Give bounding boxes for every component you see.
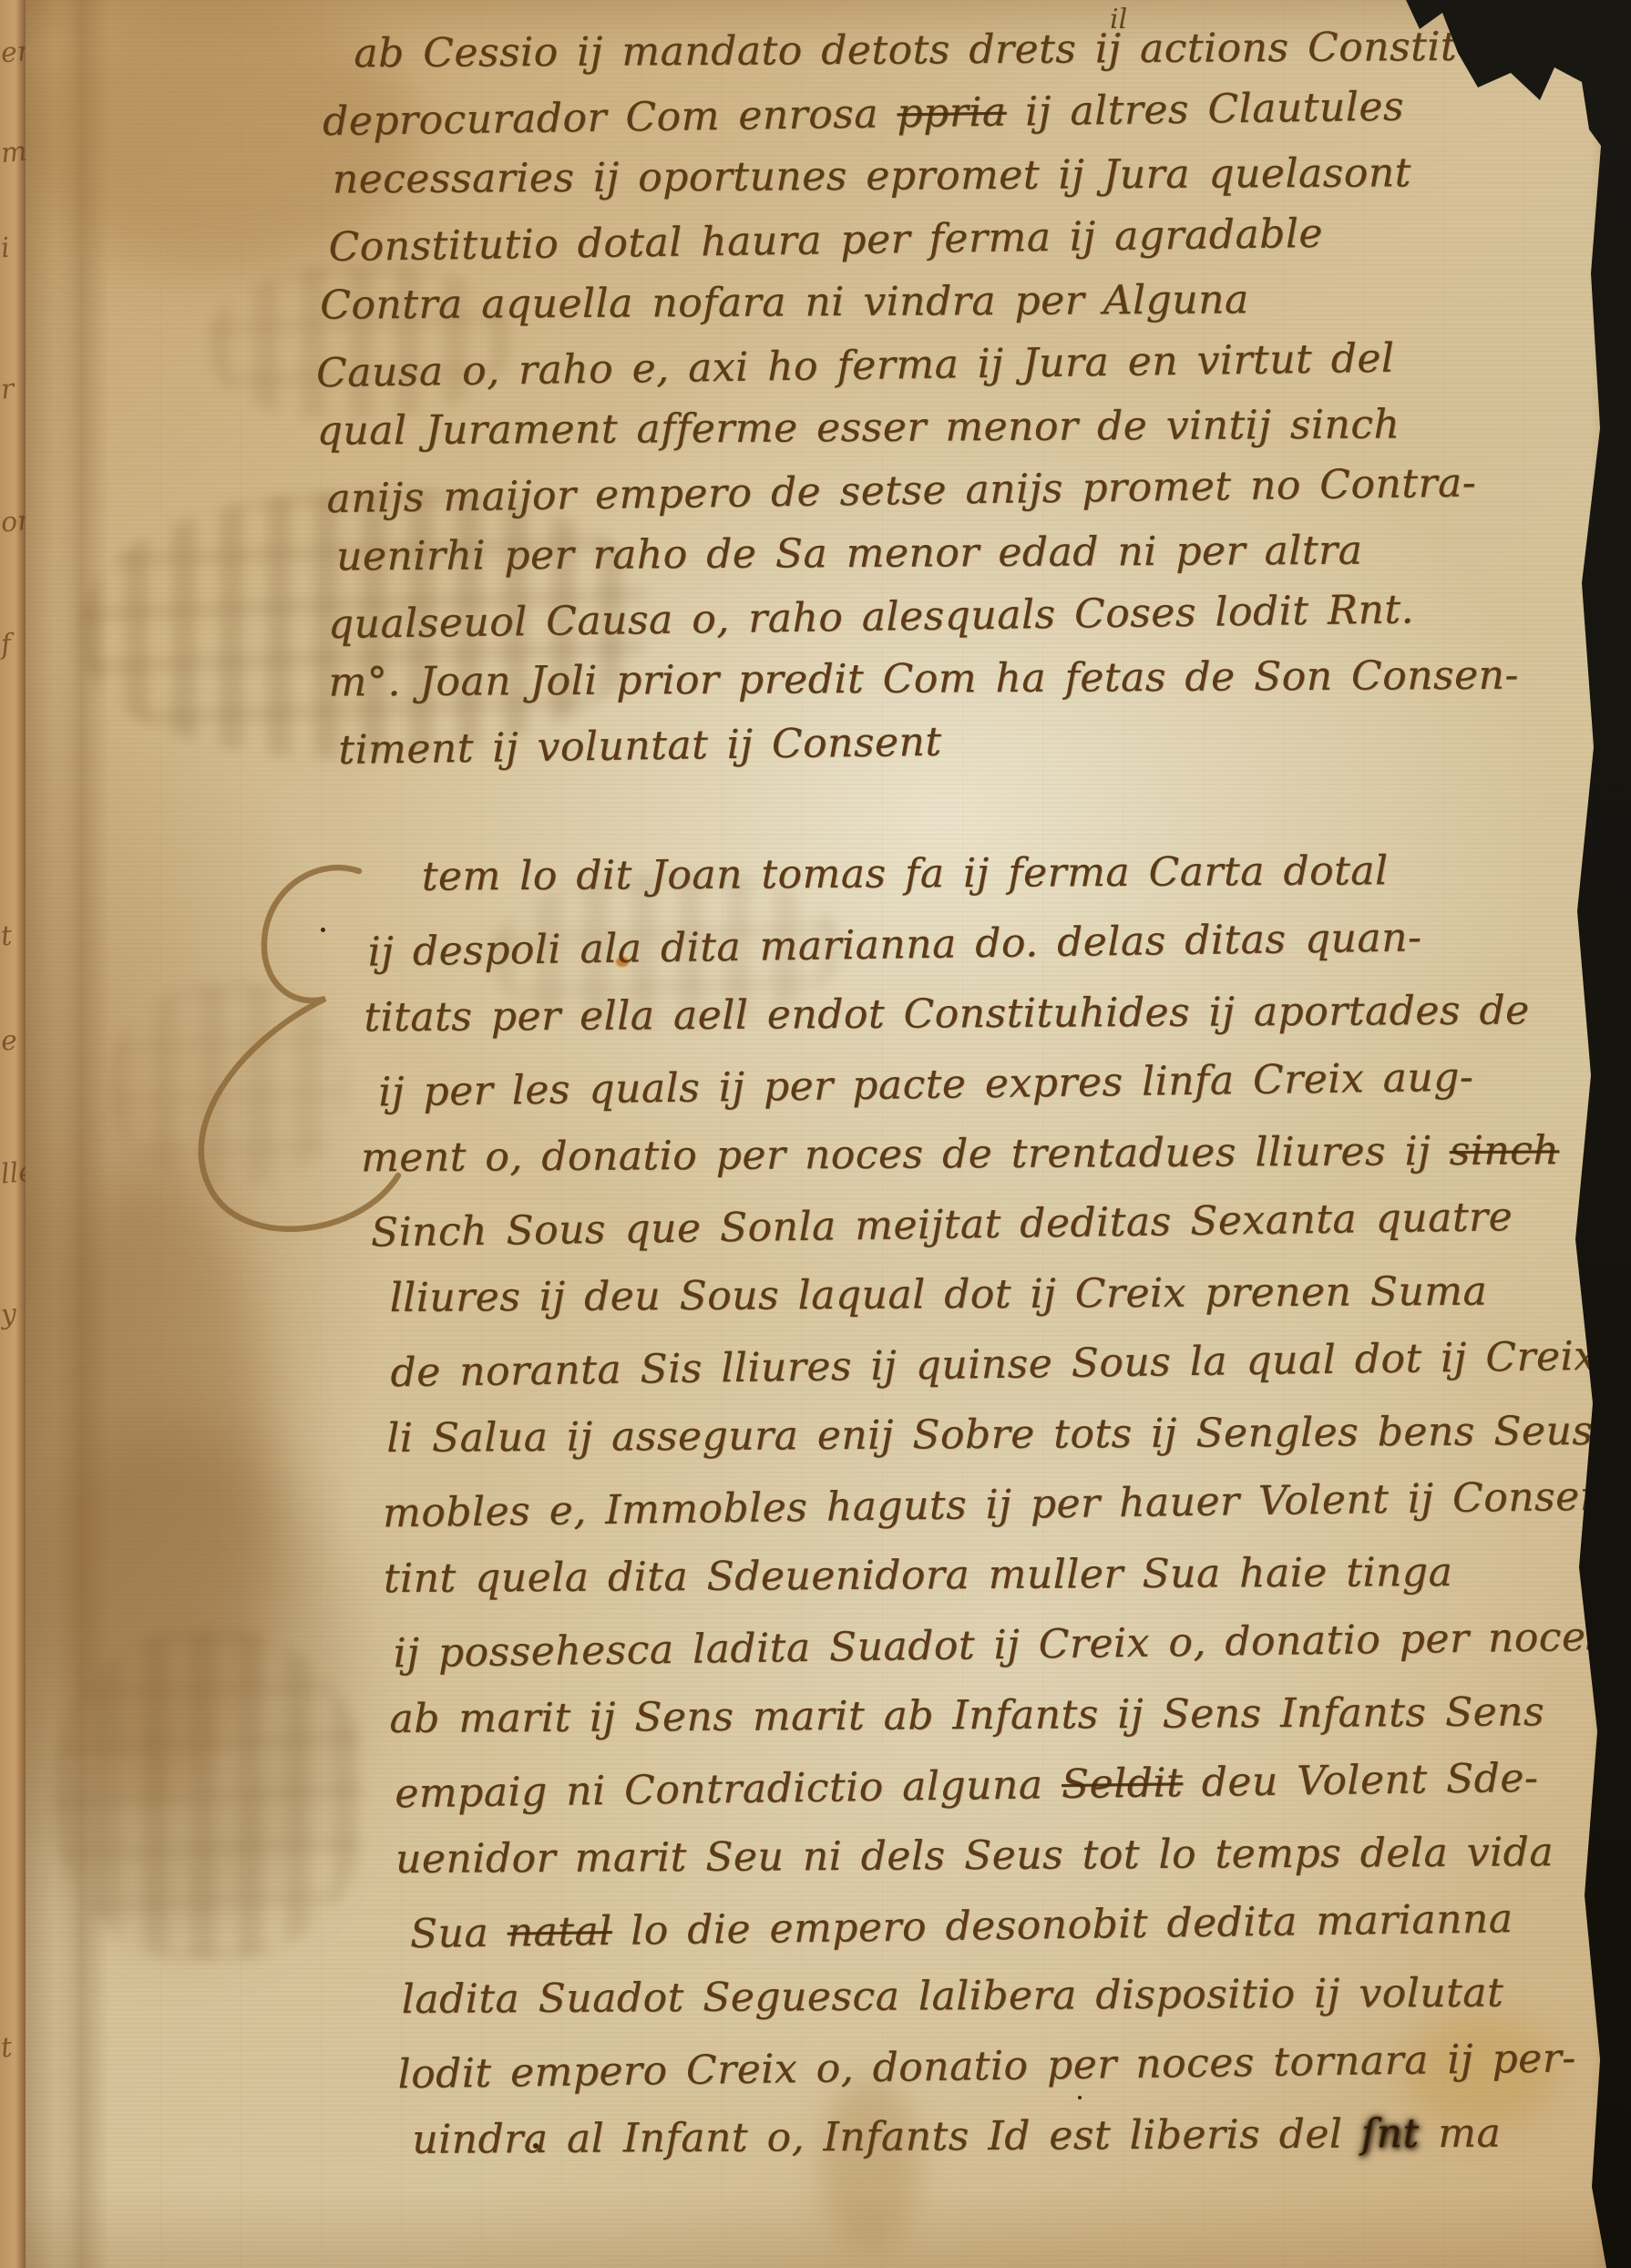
manuscript-line: tint quela dita Sdeuenidora muller Sua h…: [384, 1536, 1618, 1614]
ink-text: Causa o, raho e, axi ho ferma ij Jura en…: [316, 335, 1395, 397]
ink-text: Contra aquella nofara ni vindra per Algu…: [320, 276, 1249, 328]
ink-text: deprocurador Com enrosa: [323, 90, 898, 145]
adjacent-page-text-fragment: i: [0, 232, 11, 265]
manuscript-line: Sinch Sous que Sonla meijtat deditas Sex…: [370, 1180, 1615, 1267]
ink-text: mobles e, Immobles haguts ij per hauer V…: [383, 1473, 1620, 1536]
struck-word: sinch: [1450, 1127, 1560, 1175]
adjacent-page-edge: ermironftelleyt: [0, 0, 27, 2268]
manuscript-line: ij possehesca ladita Suadot ij Creix o, …: [393, 1601, 1619, 1688]
ink-blot-word: ſnt: [1361, 2110, 1420, 2157]
ink-text: lodit empero Creix o, donatio per noces …: [397, 2035, 1576, 2098]
ink-text: empaig ni Contradictio alguna: [395, 1761, 1062, 1817]
ink-text: li Salua ij assegura enij Sobre tots ij …: [386, 1408, 1593, 1462]
paragraph-constitucio: ab Cessio ij mandato detots drets ij act…: [0, 12, 1610, 783]
adjacent-page-text-fragment: r: [0, 373, 15, 405]
ink-text: ladita Suadot Seguesca lalibera disposit…: [402, 1970, 1504, 2023]
adjacent-page-text-fragment: m: [0, 136, 28, 169]
adjacent-page-text-fragment: f: [0, 629, 13, 662]
manuscript-text: ab Cessio ij mandato detots drets ij act…: [0, 0, 1631, 2268]
ink-text: m°. Joan Joli prior predit Com ha fetas …: [328, 652, 1519, 706]
ink-text: Sinch Sous que Sonla meijtat deditas Sex…: [371, 1194, 1513, 1256]
manuscript-line: tem lo dit Joan tomas fa ij ferma Carta …: [422, 835, 1611, 912]
adjacent-page-text-fragment: e: [0, 1024, 18, 1057]
manuscript-line: empaig ni Contradictio alguna Seldit deu…: [395, 1741, 1621, 1829]
ink-text: ij possehesca ladita Suadot ij Creix o, …: [393, 1614, 1606, 1678]
manuscript-line: ij per les quals ij per pacte expres lin…: [378, 1041, 1614, 1128]
manuscript-line: de noranta Sis lliures ij quinse Sous la…: [390, 1321, 1616, 1409]
ink-text: deu Volent Sde-: [1183, 1755, 1539, 1806]
ink-text: qualseuol Causa o, raho alesquals Coses …: [328, 586, 1415, 648]
manuscript-line: ladita Suadot Seguesca lalibera disposit…: [401, 1957, 1622, 2035]
struck-word: natal: [507, 1908, 612, 1956]
ink-text: titats per ella aell endot Constituhides…: [364, 987, 1529, 1041]
ink-text: anijs maijor empero de setse anijs prome…: [326, 459, 1476, 522]
manuscript-line: Sua natal lo die empero desonobit dedita…: [409, 1882, 1622, 1969]
ink-text: tint quela dita Sdeuenidora muller Sua h…: [384, 1549, 1453, 1602]
manuscript-line: lliures ij deu Sous laqual dot ij Creix …: [389, 1256, 1615, 1333]
manuscript-line: lodit empero Creix o, donatio per noces …: [397, 2022, 1624, 2109]
ink-text: ab Cessio ij mandato detots drets ij act…: [354, 23, 1538, 77]
ink-text: qual Jurament afferme esser menor de vin…: [317, 401, 1400, 454]
manuscript-line: ij despoli ala dita marianna do. delas d…: [367, 899, 1612, 987]
ink-text: Sua: [410, 1910, 508, 1957]
manuscript-line: titats per ella aell endot Constituhides…: [364, 975, 1612, 1052]
paragraph-item-carta-dotal: tem lo dit Joan tomas fa ij ferma Carta …: [6, 832, 1624, 2181]
manuscript-line: ab marit ij Sens marit ab Infants ij Sen…: [389, 1677, 1619, 1754]
ink-text: Constitutio dotal haura per ferma ij agr…: [328, 210, 1323, 271]
ink-text: tem lo dit Joan tomas fa ij ferma Carta …: [422, 847, 1389, 899]
ink-text: uenirhi per raho de Sa menor edad ni per…: [336, 528, 1362, 580]
manuscript-page: il ab Cessio ij mandato detots drets ij …: [0, 0, 1631, 2268]
ink-text: uenidor marit Seu ni dels Seus tot lo te…: [395, 1829, 1554, 1883]
photograph-background: ermironftelleyt il ab Cessio ij mandato …: [0, 0, 1631, 2268]
ink-text: ment o, donatio per noces de trentadues …: [361, 1128, 1450, 1181]
struck-word: ppria: [897, 89, 1007, 138]
ink-text: timent ij voluntat ij Consent: [338, 719, 942, 774]
ink-text: ij despoli ala dita marianna do. delas d…: [367, 914, 1421, 975]
ink-text: ma: [1420, 2110, 1502, 2158]
ink-text: ij per les quals ij per pacte expres lin…: [378, 1054, 1474, 1116]
ink-text: uindra al Infant o, Infants Id est liber…: [412, 2110, 1361, 2162]
manuscript-line: li Salua ij assegura enij Sobre tots ij …: [386, 1396, 1616, 1473]
adjacent-page-text-fragment: t: [0, 2032, 14, 2065]
adjacent-page-text-fragment: y: [0, 1298, 17, 1330]
ink-text: lliures ij deu Sous laqual dot ij Creix …: [389, 1268, 1487, 1321]
ink-text: de noranta Sis lliures ij quinse Sous la…: [390, 1333, 1597, 1396]
ink-text: ij altres Clautules: [1006, 84, 1404, 136]
manuscript-line: mobles e, Immobles haguts ij per hauer V…: [383, 1461, 1618, 1548]
ink-text: lo die empero desonobit dedita marianna: [611, 1895, 1513, 1955]
manuscript-line: timent ij voluntat ij Consent: [338, 701, 1610, 781]
struck-word: Seldit: [1062, 1760, 1184, 1808]
manuscript-line: ment o, donatio per noces de trentadues …: [361, 1115, 1614, 1193]
manuscript-line: uenidor marit Seu ni dels Seus tot lo te…: [395, 1817, 1621, 1894]
ink-text: necessaries ij oportunes epromet ij Jura…: [333, 149, 1411, 202]
manuscript-line: uindra al Infant o, Infants Id est liber…: [412, 2098, 1624, 2175]
ink-text: ab marit ij Sens marit ab Infants ij Sen…: [389, 1688, 1544, 1742]
adjacent-page-text-fragment: t: [0, 920, 14, 953]
